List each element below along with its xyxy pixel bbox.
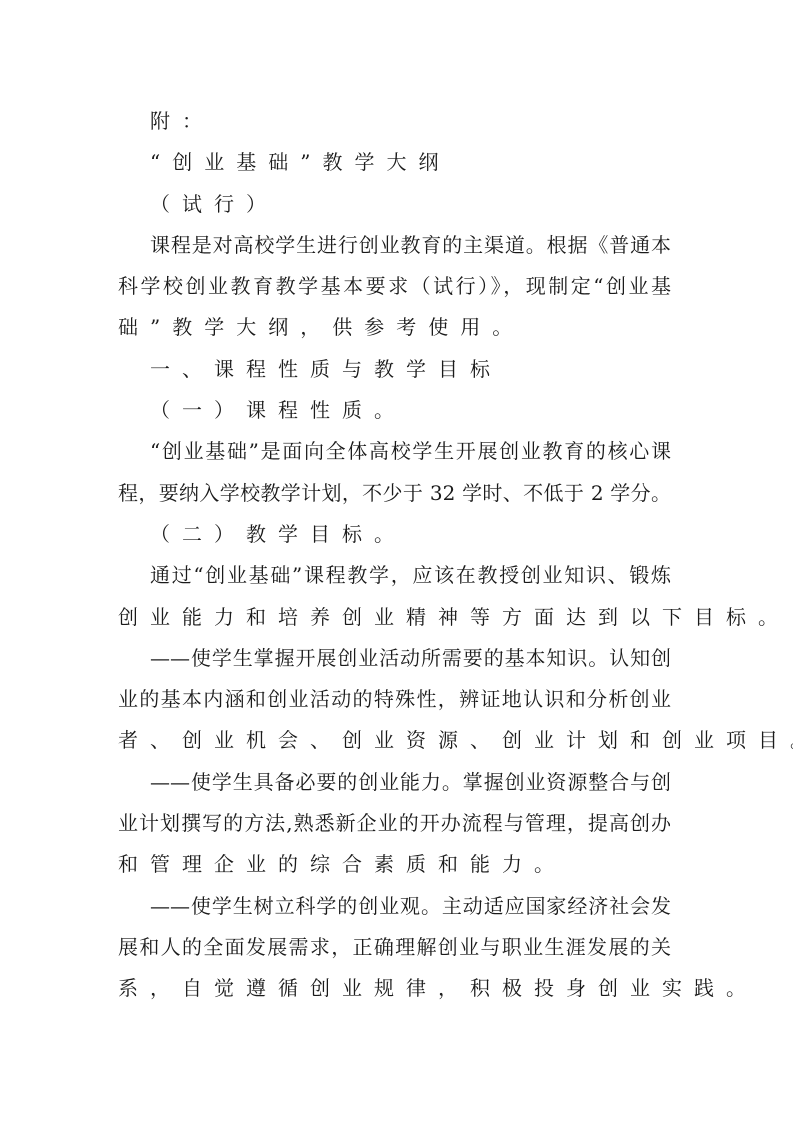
paragraph-line: 础”教学大纲，供参考使用。	[118, 307, 674, 348]
paragraph-line: ——使学生具备必要的创业能力。掌握创业资源整合与创	[118, 762, 671, 803]
objectives-intro-paragraph: 通过“创业基础”课程教学，应该在教授创业知识、锻炼 创业能力和培养创业精神等方面…	[118, 555, 674, 638]
goal-ability-paragraph: ——使学生具备必要的创业能力。掌握创业资源整合与创 业计划撰写的方法,熟悉新企业…	[118, 762, 674, 886]
paragraph-line: 和管理企业的综合素质和能力。	[118, 844, 674, 885]
goal-knowledge-paragraph: ——使学生掌握开展创业活动所需要的基本知识。认知创 业的基本内涵和创业活动的特殊…	[118, 638, 674, 762]
course-nature-paragraph: “创业基础”是面向全体高校学生开展创业教育的核心课 程，要纳入学校教学计划，不少…	[118, 431, 674, 514]
intro-paragraph: 课程是对高校学生进行创业教育的主渠道。根据《普通本 科学校创业教育教学基本要求（…	[118, 225, 674, 349]
document-title: “创业基础”教学大纲	[118, 142, 674, 183]
document-page: 附： “创业基础”教学大纲 （试行） 课程是对高校学生进行创业教育的主渠道。根据…	[118, 101, 674, 1010]
paragraph-line: 课程是对高校学生进行创业教育的主渠道。根据《普通本	[118, 225, 671, 266]
paragraph-line: 创业能力和培养创业精神等方面达到以下目标。	[118, 597, 674, 638]
paragraph-line: 者、创业机会、创业资源、创业计划和创业项目。	[118, 720, 674, 761]
section-heading: 一、课程性质与教学目标	[118, 349, 674, 390]
paragraph-line: 程，要纳入学校教学计划，不少于 32 学时、不低于 2 学分。	[118, 473, 671, 514]
paragraph-line: “创业基础”是面向全体高校学生开展创业教育的核心课	[118, 431, 671, 472]
attachment-label: 附：	[118, 101, 674, 142]
subsection-heading: （二）教学目标。	[118, 514, 674, 555]
subsection-heading: （一）课程性质。	[118, 390, 674, 431]
paragraph-line: 业计划撰写的方法,熟悉新企业的开办流程与管理，提高创办	[118, 803, 671, 844]
paragraph-line: 业的基本内涵和创业活动的特殊性，辨证地认识和分析创业	[118, 679, 671, 720]
document-subtitle: （试行）	[118, 184, 674, 225]
paragraph-line: 科学校创业教育教学基本要求（试行）》，现制定“创业基	[118, 266, 671, 307]
paragraph-line: ——使学生树立科学的创业观。主动适应国家经济社会发	[118, 886, 671, 927]
paragraph-line: 系，自觉遵循创业规律，积极投身创业实践。	[118, 968, 674, 1009]
paragraph-line: 展和人的全面发展需求，正确理解创业与职业生涯发展的关	[118, 927, 671, 968]
goal-outlook-paragraph: ——使学生树立科学的创业观。主动适应国家经济社会发 展和人的全面发展需求，正确理…	[118, 886, 674, 1010]
paragraph-line: ——使学生掌握开展创业活动所需要的基本知识。认知创	[118, 638, 671, 679]
paragraph-line: 通过“创业基础”课程教学，应该在教授创业知识、锻炼	[118, 555, 671, 596]
